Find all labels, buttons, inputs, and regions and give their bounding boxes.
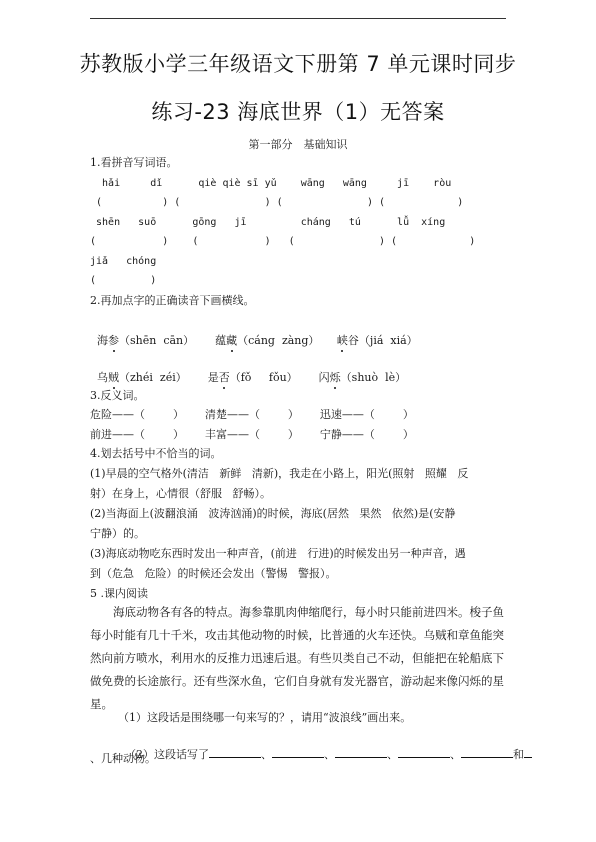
q5-sub2: （2）这段话写了、、、、和 [118,733,532,762]
part-heading: 第一部分 基础知识 [0,136,596,152]
q4-line: (1)早晨的空气格外(清洁 新鲜 清新)，我走在小路上，阳光(照射 照耀 反 [90,467,468,481]
q5-sub1: （1）这段话是围绕哪一句来写的？，请用“波浪线”画出来。 [118,711,411,725]
q4-line: 宁静）的。 [90,527,145,541]
q4-line: 到（危急 危险）的时候还会发出（警惕 警报）。 [90,567,336,581]
q2-word: 是否（fǒ fǒu） [208,371,298,384]
q1-heading: 1.看拼音写词语。 [90,156,178,170]
answer-blank[interactable] [461,747,513,758]
q2-word: 蕴藏（cáng zàng） [215,334,319,347]
answer-blank[interactable] [524,747,532,758]
q2-word: 闪烁（shuò lè） [319,371,406,384]
q4-line: (2)当海面上(波翻浪涌 波涛汹涌)的时候，海底(居然 果然 依然)是(安静 [90,507,456,521]
q4-line: (3)海底动物吃东西时发出一种声音，(前进 行进)的时候发出另一种声音，遇 [90,547,466,561]
q4-line: 射）在身上，心情很（舒服 舒畅）。 [90,487,271,501]
q1-pinyin-row: hǎi dǐ qiè qiè sī yǔ wāng wāng jī ròu [90,177,451,191]
q5-sub2-end: 、几种动物。 [90,752,156,766]
answer-blank[interactable] [335,747,387,758]
header-rule [90,18,506,19]
answer-blank[interactable] [209,747,261,758]
q3-heading: 3.反义词。 [90,389,145,403]
q1-answer-row[interactable]: ( ) ( ) ( ) ( ) [90,196,463,210]
q2-word: 峡谷（jiá xiá） [337,334,418,347]
q5-passage: 海底动物各有各的特点。海参靠肌肉伸缩爬行，每小时只能前进四米。梭子鱼每小时能有几… [90,601,510,716]
q4-heading: 4.划去括号中不恰当的词。 [90,447,222,461]
q2-word: 海参（shēn cān） [97,334,194,347]
q1-answer-row[interactable]: ( ) ( ) ( ) ( ) [90,235,475,249]
q1-pinyin-row: jiǎ chóng [90,255,156,269]
q1-pinyin-row: shēn suō gōng jī cháng tú lǚ xíng [90,216,445,230]
answer-blank[interactable] [398,747,450,758]
q3-row1[interactable]: 危险——（ ） 清楚——（ ） 迅速——（ ） [90,408,414,422]
q2-row1: 海参（shēn cān） 蕴藏（cáng zàng） 峡谷（jiá xiá） [90,320,418,348]
q5-heading: 5 .课内阅读 [90,587,148,601]
q2-heading: 2.再加点字的正确读音下画横线。 [90,294,255,308]
q2-word: 乌贼（zhéi zéi） [97,371,187,384]
q2-row2: 乌贼（zhéi zéi） 是否（fǒ fǒu） 闪烁（shuò lè） [90,357,406,385]
doc-title-line2: 练习-23 海底世界（1）无答案 [0,96,596,126]
q1-answer-row[interactable]: ( ) [90,274,156,288]
answer-blank[interactable] [272,747,324,758]
q3-row2[interactable]: 前进——（ ） 丰富——（ ） 宁静——（ ） [90,428,414,442]
doc-title-line1: 苏教版小学三年级语文下册第 7 单元课时同步 [0,48,596,78]
